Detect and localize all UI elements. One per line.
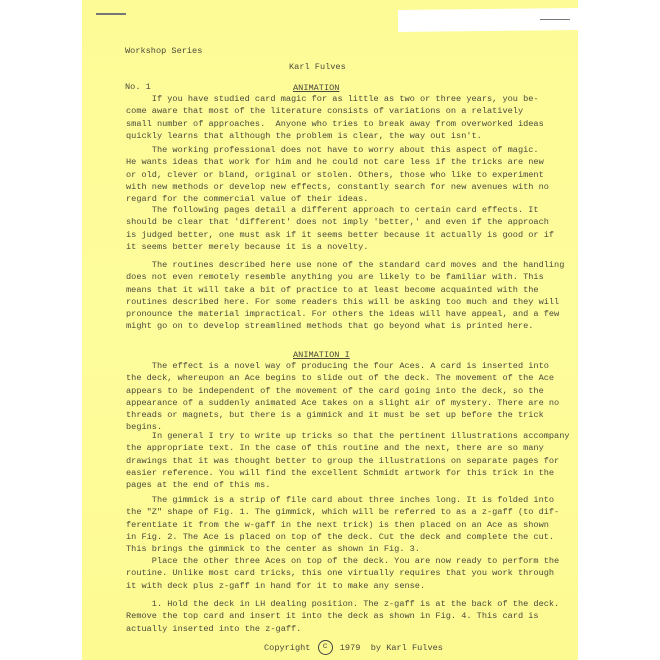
- paragraph: 1. Hold the deck in LH dealing position.…: [126, 598, 559, 635]
- copyright-year: 1979: [340, 643, 361, 653]
- paragraph: The following pages detail a different a…: [126, 204, 554, 253]
- series-line-1: Workshop Series: [125, 45, 202, 57]
- paragraph: The gimmick is a strip of file card abou…: [126, 494, 559, 555]
- author-name: Karl Fulves: [289, 61, 346, 73]
- document: Workshop Series No. 1 Karl Fulves ANIMAT…: [0, 0, 660, 660]
- paragraph: The working professional does not have t…: [126, 144, 549, 205]
- paragraph: The routines described here use none of …: [126, 259, 564, 333]
- paragraph: If you have studied card magic for as li…: [126, 93, 544, 142]
- copyright-word: Copyright: [264, 643, 310, 653]
- paragraph: Place the other three Aces on top of the…: [126, 555, 559, 592]
- paragraph: The effect is a novel way of producing t…: [126, 360, 559, 434]
- series-line-2: No. 1: [125, 81, 202, 93]
- paragraph: In general I try to write up tricks so t…: [126, 430, 570, 491]
- copyright-line: Copyright c 1979 by Karl Fulves: [264, 640, 443, 655]
- copyright-circle-icon: c: [318, 640, 333, 655]
- copyright-by: by Karl Fulves: [371, 643, 443, 653]
